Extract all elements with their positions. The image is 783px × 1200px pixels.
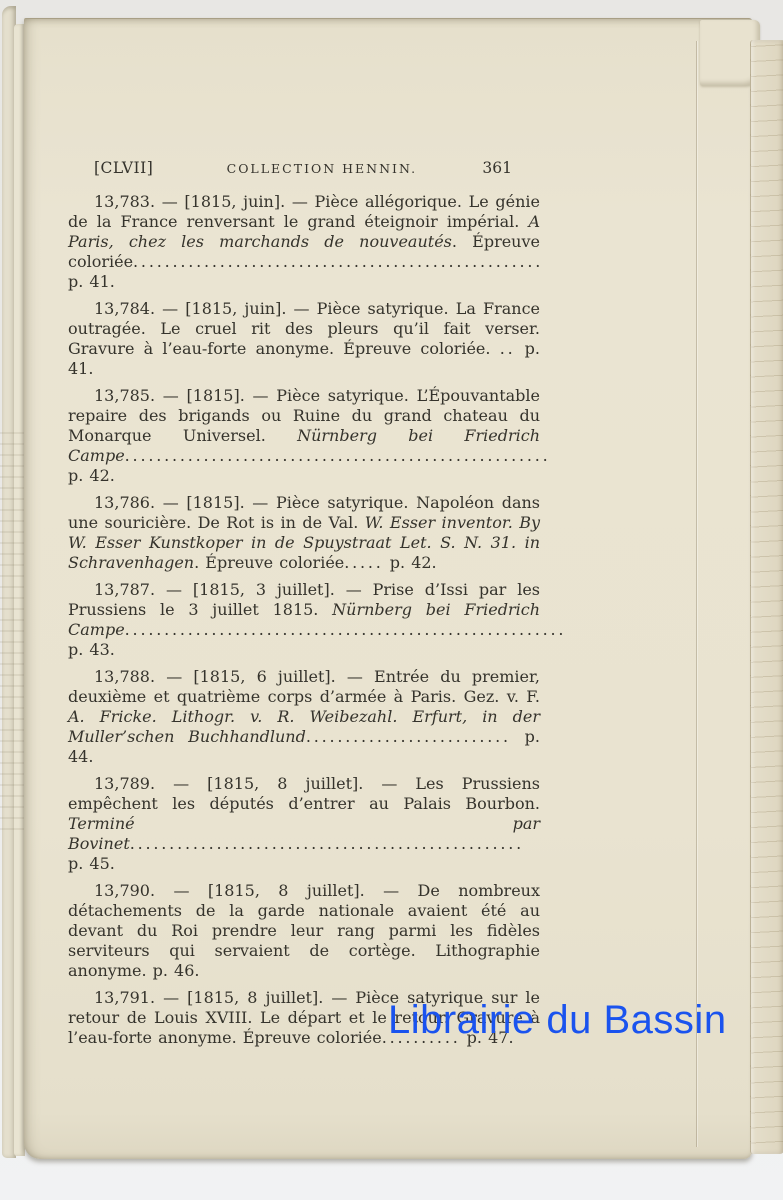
page-number: 361 <box>482 159 512 177</box>
catalog-entry: 13,790. — [1815, 8 juillet]. — De nombre… <box>68 881 540 981</box>
entry-text: p. 45. <box>68 854 115 873</box>
entry-number: 13,788. <box>94 667 155 686</box>
page-header: [CLVII] COLLECTION HENNIN. 361 <box>68 159 540 177</box>
dot-leader: ........................................… <box>130 834 524 853</box>
entry-number: 13,790. <box>94 881 155 900</box>
running-title: COLLECTION HENNIN. <box>153 161 482 176</box>
page-edge-showthrough-text <box>0 432 24 832</box>
book-photo: [CLVII] COLLECTION HENNIN. 361 13,783. —… <box>0 0 783 1200</box>
dot-leader: ........................................… <box>133 252 543 271</box>
catalog-entry: 13,786. — [1815]. — Pièce satyrique. Nap… <box>68 493 540 573</box>
catalog-entry: 13,789. — [1815, 8 juillet]. — Les Pruss… <box>68 774 540 874</box>
entry-number: 13,789. <box>94 774 155 793</box>
catalog-entry: 13,785. — [1815]. — Pièce satyrique. L’É… <box>68 386 540 486</box>
catalog-entry: 13,783. — [1815, juin]. — Pièce allégori… <box>68 192 540 292</box>
bookseller-watermark: Librairie du Bassin <box>388 998 727 1043</box>
entry-text: . Épreuve coloriée <box>194 553 344 572</box>
catalog-entry: 13,784. — [1815, juin]. — Pièce satyriqu… <box>68 299 540 379</box>
dot-leader: ..... <box>344 553 383 572</box>
dot-leader: .......................... <box>306 727 511 746</box>
page-content: [CLVII] COLLECTION HENNIN. 361 13,783. —… <box>68 159 540 1055</box>
entry-number: 13,783. <box>94 192 155 211</box>
book-page: [CLVII] COLLECTION HENNIN. 361 13,783. —… <box>24 18 752 1159</box>
entry-text: p. 42. <box>68 466 115 485</box>
entry-number: 13,785. <box>94 386 155 405</box>
catalog-entries: 13,783. — [1815, juin]. — Pièce allégori… <box>68 192 540 1048</box>
catalog-entry: 13,788. — [1815, 6 juillet]. — Entrée du… <box>68 667 540 767</box>
page-fold-line <box>696 41 697 1147</box>
entry-text: p. 43. <box>68 640 115 659</box>
entry-text: p. 41. <box>68 272 115 291</box>
entry-number: 13,791. <box>94 988 155 1007</box>
dot-leader: ........................................… <box>125 446 551 465</box>
entry-number: 13,787. <box>94 580 155 599</box>
deckle-edge <box>750 40 783 1154</box>
entry-number: 13,784. <box>94 299 155 318</box>
catalog-entry: 13,787. — [1815, 3 juillet]. — Prise d’I… <box>68 580 540 660</box>
entry-text: p. 42. <box>384 553 437 572</box>
section-number: [CLVII] <box>94 159 153 177</box>
entry-number: 13,786. <box>94 493 155 512</box>
dot-leader: ........................................… <box>125 620 567 639</box>
dot-leader: .. <box>500 339 516 358</box>
